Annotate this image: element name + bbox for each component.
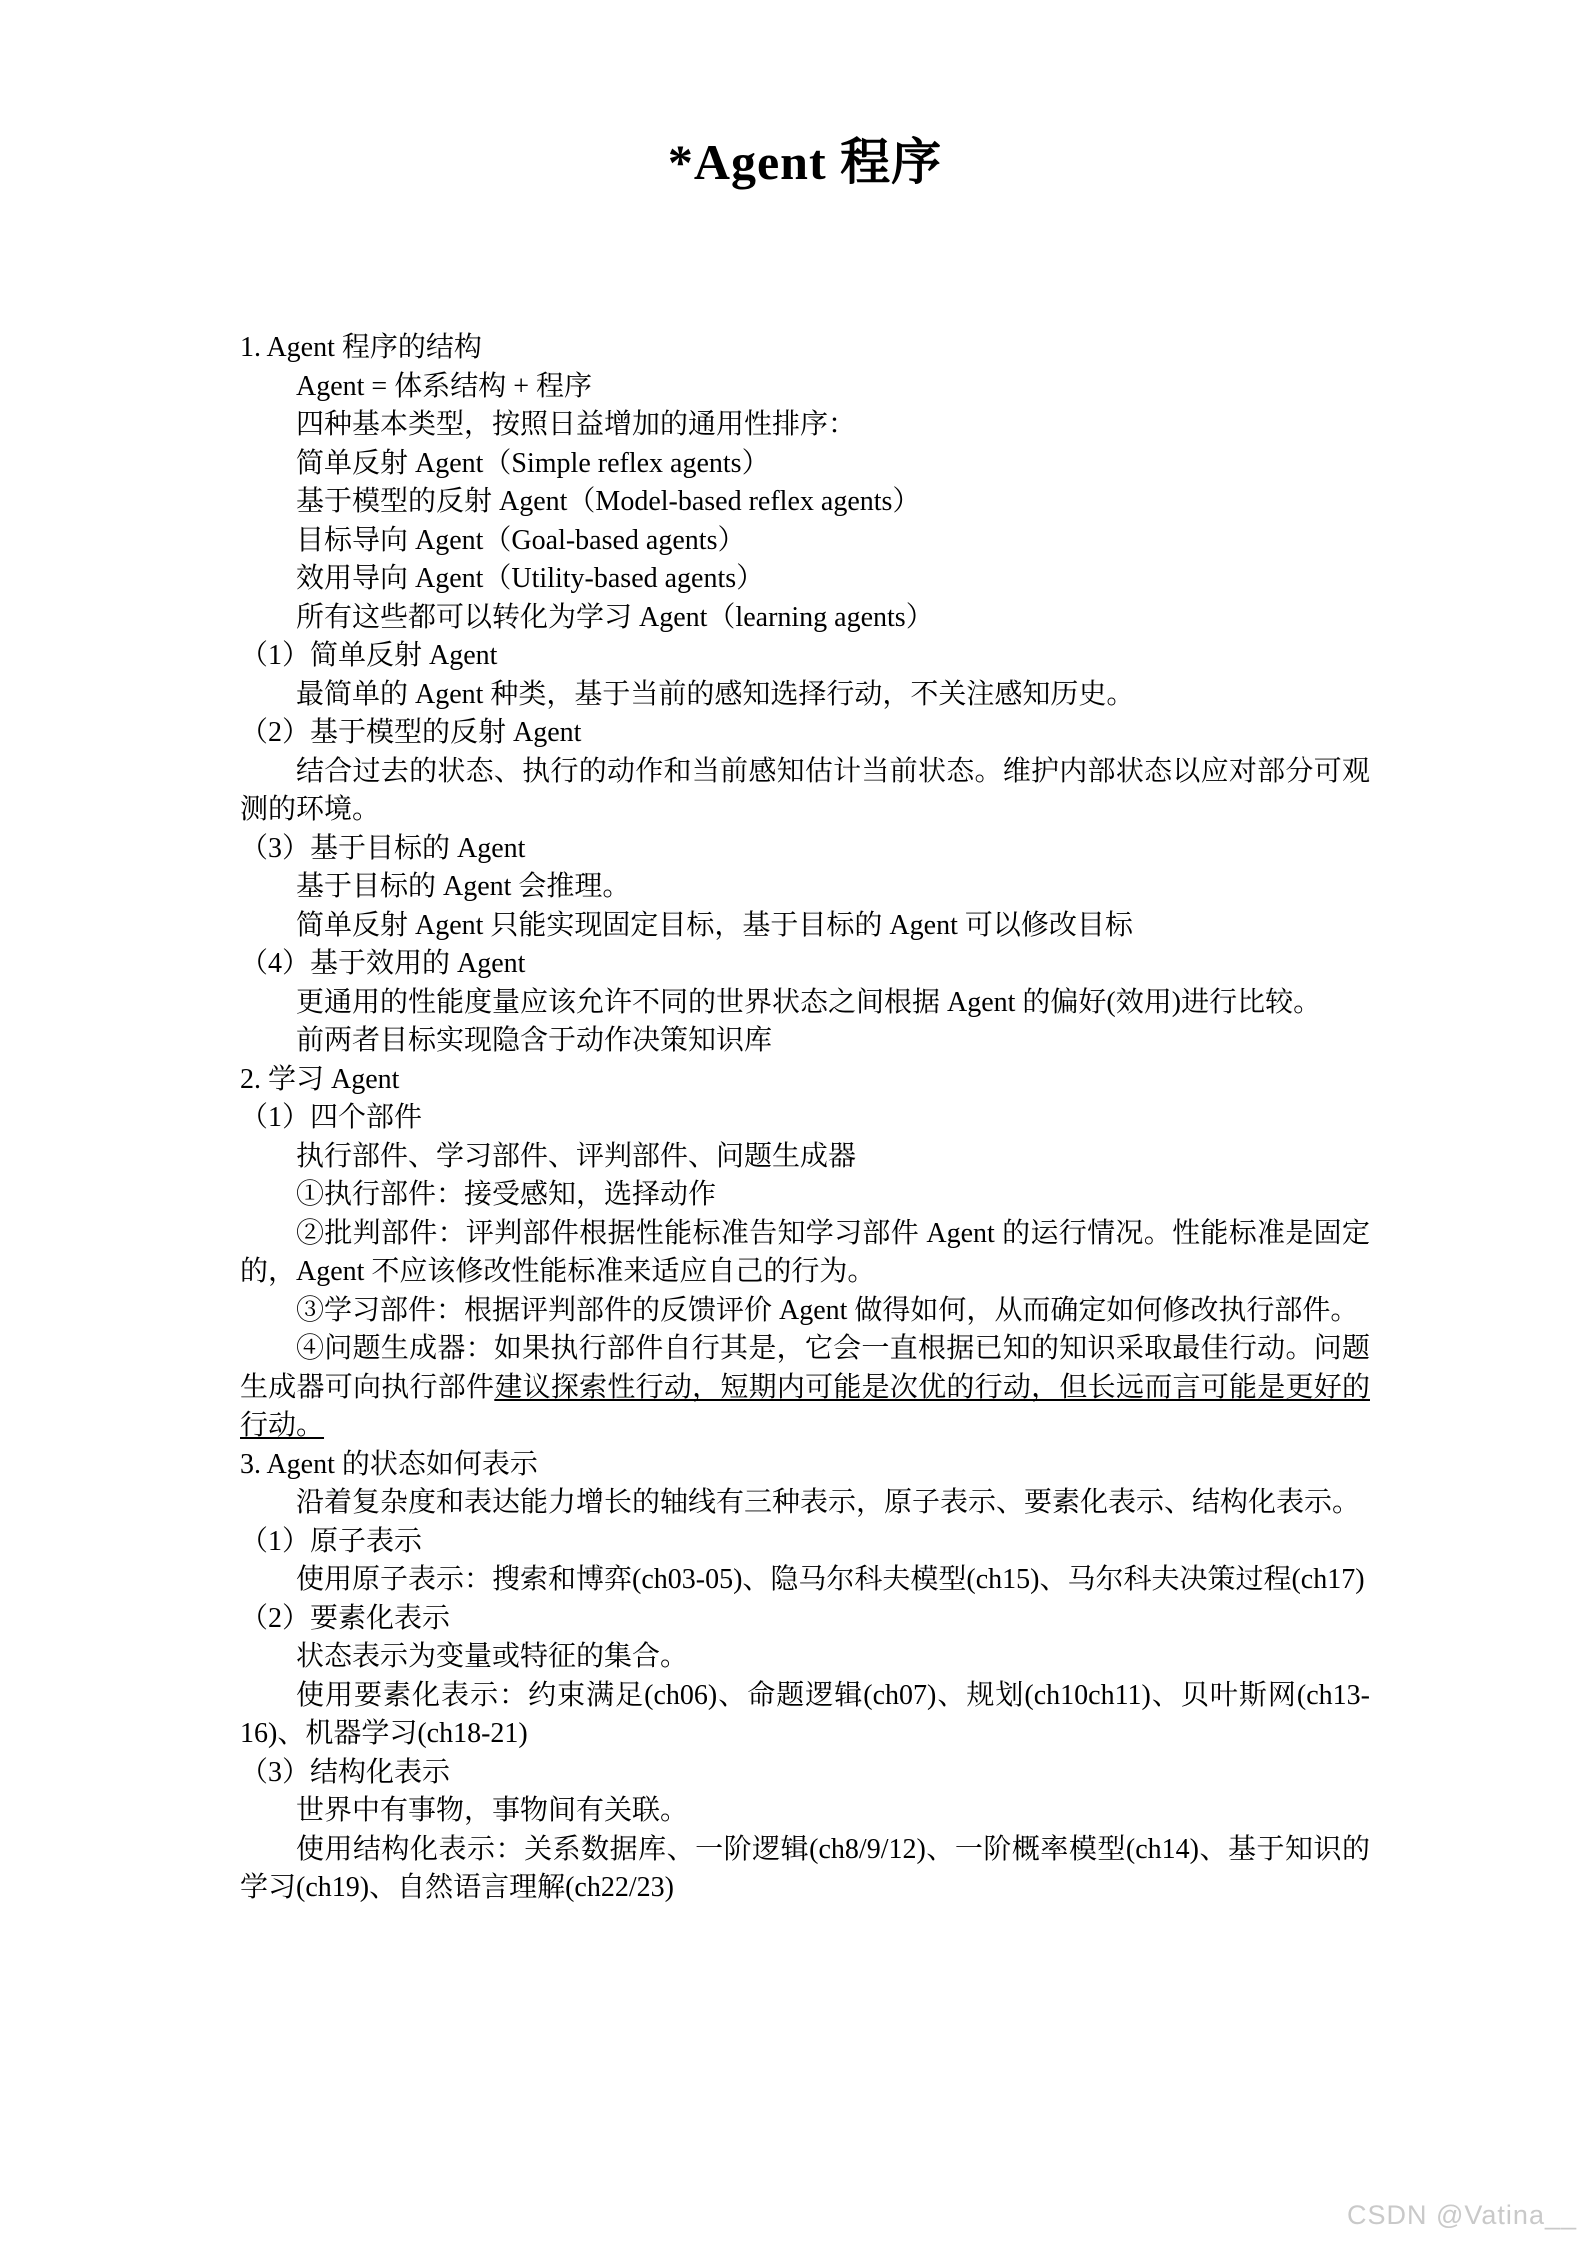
- doc-paragraph: 简单反射 Agent（Simple reflex agents）: [240, 445, 1370, 484]
- text-run: 基于模型的反射 Agent（Model-based reflex agents）: [296, 486, 920, 517]
- text-run: （2）要素化表示: [240, 1603, 450, 1634]
- doc-paragraph: 结合过去的状态、执行的动作和当前感知估计当前状态。维护内部状态以应对部分可观测的…: [240, 753, 1370, 830]
- text-run: 结合过去的状态、执行的动作和当前感知估计当前状态。维护内部状态以应对部分可观测的…: [240, 756, 1370, 826]
- text-run: Agent = 体系结构 + 程序: [296, 371, 592, 402]
- doc-paragraph: ①执行部件：接受感知，选择动作: [240, 1176, 1370, 1215]
- text-run: （3）基于目标的 Agent: [240, 833, 525, 864]
- watermark: CSDN @Vatina__: [1347, 2200, 1577, 2231]
- text-run: 3. Agent 的状态如何表示: [240, 1449, 538, 1480]
- doc-heading: （3）结构化表示: [240, 1754, 1370, 1793]
- text-run: 简单反射 Agent 只能实现固定目标，基于目标的 Agent 可以修改目标: [296, 910, 1133, 941]
- text-run: 使用结构化表示：关系数据库、一阶逻辑(ch8/9/12)、一阶概率模型(ch14…: [240, 1834, 1370, 1904]
- doc-paragraph: 基于模型的反射 Agent（Model-based reflex agents）: [240, 483, 1370, 522]
- document-page: *Agent 程序 1. Agent 程序的结构Agent = 体系结构 + 程…: [0, 0, 1587, 2245]
- doc-heading: （2）要素化表示: [240, 1600, 1370, 1639]
- doc-paragraph: ③学习部件：根据评判部件的反馈评价 Agent 做得如何，从而确定如何修改执行部…: [240, 1292, 1370, 1331]
- doc-paragraph: 状态表示为变量或特征的集合。: [240, 1638, 1370, 1677]
- doc-paragraph: 沿着复杂度和表达能力增长的轴线有三种表示，原子表示、要素化表示、结构化表示。: [240, 1484, 1370, 1523]
- text-run: 效用导向 Agent（Utility-based agents）: [296, 563, 764, 594]
- doc-heading: 1. Agent 程序的结构: [240, 329, 1370, 368]
- text-run: ②批判部件：评判部件根据性能标准告知学习部件 Agent 的运行情况。性能标准是…: [240, 1218, 1370, 1288]
- text-run: ③学习部件：根据评判部件的反馈评价 Agent 做得如何，从而确定如何修改执行部…: [296, 1295, 1358, 1326]
- text-run: （2）基于模型的反射 Agent: [240, 717, 581, 748]
- doc-paragraph: 目标导向 Agent（Goal-based agents）: [240, 522, 1370, 561]
- text-run: （1）原子表示: [240, 1526, 422, 1557]
- text-run: 执行部件、学习部件、评判部件、问题生成器: [296, 1141, 856, 1172]
- page-title: *Agent 程序: [240, 130, 1370, 195]
- doc-paragraph: 使用要素化表示：约束满足(ch06)、命题逻辑(ch07)、规划(ch10ch1…: [240, 1677, 1370, 1754]
- doc-heading: 2. 学习 Agent: [240, 1061, 1370, 1100]
- doc-heading: （2）基于模型的反射 Agent: [240, 714, 1370, 753]
- doc-paragraph: Agent = 体系结构 + 程序: [240, 368, 1370, 407]
- doc-body: 1. Agent 程序的结构Agent = 体系结构 + 程序四种基本类型，按照…: [240, 329, 1370, 1908]
- text-run: （4）基于效用的 Agent: [240, 948, 525, 979]
- doc-paragraph: 执行部件、学习部件、评判部件、问题生成器: [240, 1138, 1370, 1177]
- doc-heading: 3. Agent 的状态如何表示: [240, 1446, 1370, 1485]
- text-run: （3）结构化表示: [240, 1757, 450, 1788]
- text-run: 所有这些都可以转化为学习 Agent（learning agents）: [296, 602, 934, 633]
- doc-paragraph: 前两者目标实现隐含于动作决策知识库: [240, 1022, 1370, 1061]
- doc-paragraph: 四种基本类型，按照日益增加的通用性排序：: [240, 406, 1370, 445]
- doc-paragraph: 使用结构化表示：关系数据库、一阶逻辑(ch8/9/12)、一阶概率模型(ch14…: [240, 1831, 1370, 1908]
- text-run: （1）简单反射 Agent: [240, 640, 497, 671]
- text-run: 使用要素化表示：约束满足(ch06)、命题逻辑(ch07)、规划(ch10ch1…: [240, 1680, 1370, 1750]
- doc-paragraph: 最简单的 Agent 种类，基于当前的感知选择行动，不关注感知历史。: [240, 676, 1370, 715]
- text-run: 2. 学习 Agent: [240, 1064, 399, 1095]
- doc-heading: （3）基于目标的 Agent: [240, 830, 1370, 869]
- text-run: 前两者目标实现隐含于动作决策知识库: [296, 1025, 772, 1056]
- doc-paragraph: 所有这些都可以转化为学习 Agent（learning agents）: [240, 599, 1370, 638]
- text-run: 四种基本类型，按照日益增加的通用性排序：: [296, 409, 856, 440]
- doc-paragraph: ④问题生成器：如果执行部件自行其是，它会一直根据已知的知识采取最佳行动。问题生成…: [240, 1330, 1370, 1446]
- text-run: 简单反射 Agent（Simple reflex agents）: [296, 448, 770, 479]
- doc-paragraph: 基于目标的 Agent 会推理。: [240, 868, 1370, 907]
- text-run: 沿着复杂度和表达能力增长的轴线有三种表示，原子表示、要素化表示、结构化表示。: [296, 1487, 1360, 1518]
- doc-paragraph: 使用原子表示：搜索和博弈(ch03-05)、隐马尔科夫模型(ch15)、马尔科夫…: [240, 1561, 1370, 1600]
- doc-paragraph: 效用导向 Agent（Utility-based agents）: [240, 560, 1370, 599]
- text-run: 基于目标的 Agent 会推理。: [296, 871, 630, 902]
- text-run: 1. Agent 程序的结构: [240, 332, 482, 363]
- text-run: 更通用的性能度量应该允许不同的世界状态之间根据 Agent 的偏好(效用)进行比…: [296, 987, 1321, 1018]
- text-run: 最简单的 Agent 种类，基于当前的感知选择行动，不关注感知历史。: [296, 679, 1134, 710]
- text-run: 使用原子表示：搜索和博弈(ch03-05)、隐马尔科夫模型(ch15)、马尔科夫…: [296, 1564, 1365, 1595]
- doc-heading: （1）四个部件: [240, 1099, 1370, 1138]
- text-run: 世界中有事物，事物间有关联。: [296, 1795, 688, 1826]
- doc-paragraph: 更通用的性能度量应该允许不同的世界状态之间根据 Agent 的偏好(效用)进行比…: [240, 984, 1370, 1023]
- doc-heading: （4）基于效用的 Agent: [240, 945, 1370, 984]
- text-run: 状态表示为变量或特征的集合。: [296, 1641, 688, 1672]
- doc-heading: （1）原子表示: [240, 1523, 1370, 1562]
- doc-paragraph: 简单反射 Agent 只能实现固定目标，基于目标的 Agent 可以修改目标: [240, 907, 1370, 946]
- text-run: 目标导向 Agent（Goal-based agents）: [296, 525, 745, 556]
- doc-paragraph: ②批判部件：评判部件根据性能标准告知学习部件 Agent 的运行情况。性能标准是…: [240, 1215, 1370, 1292]
- doc-paragraph: 世界中有事物，事物间有关联。: [240, 1792, 1370, 1831]
- text-run: ①执行部件：接受感知，选择动作: [296, 1179, 716, 1210]
- doc-heading: （1）简单反射 Agent: [240, 637, 1370, 676]
- text-run: （1）四个部件: [240, 1102, 422, 1133]
